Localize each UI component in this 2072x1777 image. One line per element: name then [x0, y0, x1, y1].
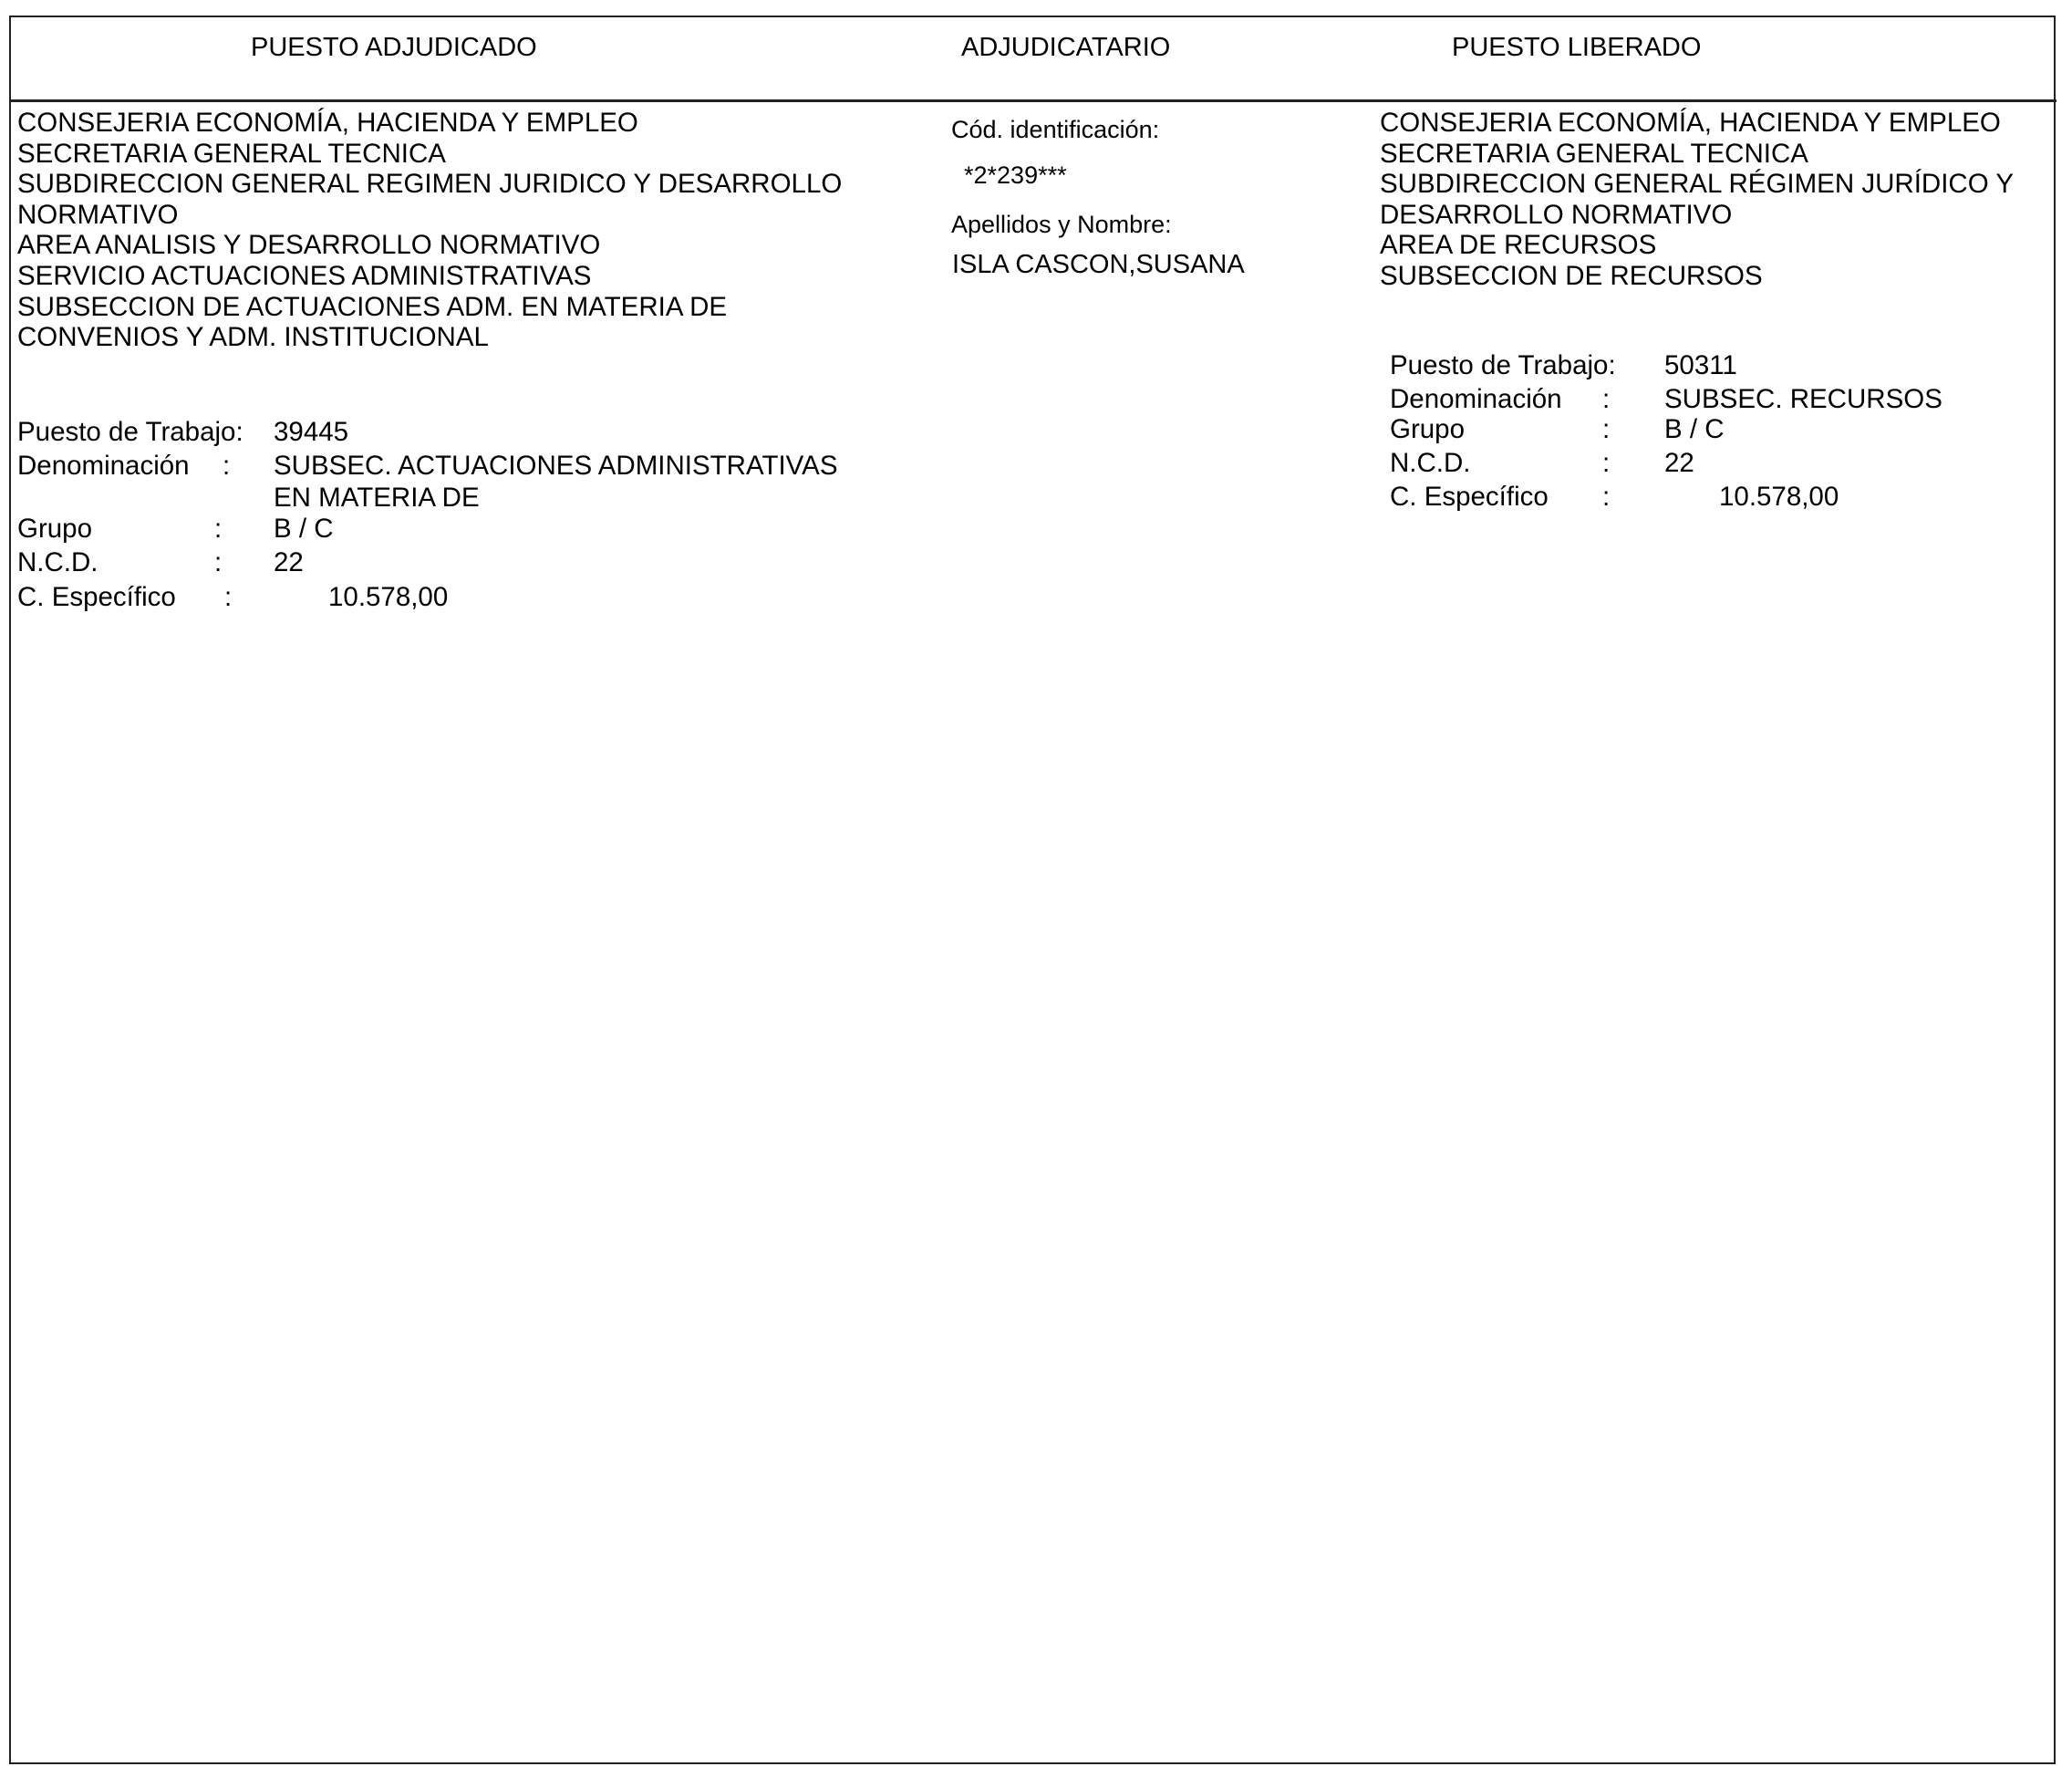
colon: : [1602, 483, 1610, 512]
header-divider [9, 99, 2056, 102]
colon: : [223, 452, 230, 481]
ncd-value: 22 [1664, 449, 1694, 478]
especifico-label: C. Específico [17, 583, 176, 612]
ncd-label: N.C.D. [17, 548, 98, 577]
adjudicado-org-block: CONSEJERIA ECONOMÍA, HACIENDA Y EMPLEO S… [17, 108, 842, 353]
denominacion-label: Denominación [1390, 385, 1562, 414]
apellidos-nombre-value: ISLA CASCON,SUSANA [952, 250, 1245, 280]
denominacion-value-cont: EN MATERIA DE [274, 483, 480, 513]
org-line: SECRETARIA GENERAL TECNICA [1380, 139, 2014, 170]
denominacion-value: SUBSEC. ACTUACIONES ADMINISTRATIVAS [274, 452, 838, 481]
org-line: SERVICIO ACTUACIONES ADMINISTRATIVAS [17, 261, 842, 292]
colon: : [1602, 449, 1610, 478]
org-line: CONSEJERIA ECONOMÍA, HACIENDA Y EMPLEO [1380, 108, 2014, 139]
org-line: SUBDIRECCION GENERAL RÉGIMEN JURÍDICO Y [1380, 169, 2014, 200]
especifico-label: C. Específico [1390, 483, 1549, 512]
puesto-value: 39445 [274, 418, 348, 447]
puesto-label: Puesto de Trabajo: [17, 418, 243, 447]
cod-identificacion-label: Cód. identificación: [951, 116, 1159, 144]
grupo-value: B / C [1664, 415, 1725, 444]
liberado-org-block: CONSEJERIA ECONOMÍA, HACIENDA Y EMPLEO S… [1380, 108, 2014, 292]
puesto-value: 50311 [1664, 351, 1737, 380]
header-puesto-adjudicado: PUESTO ADJUDICADO [251, 33, 537, 62]
org-line: SUBSECCION DE ACTUACIONES ADM. EN MATERI… [17, 292, 842, 323]
header-adjudicatario: ADJUDICATARIO [961, 33, 1170, 62]
colon: : [1602, 385, 1610, 414]
ncd-label: N.C.D. [1390, 449, 1471, 478]
denominacion-value: SUBSEC. RECURSOS [1664, 385, 1942, 414]
header-puesto-liberado: PUESTO LIBERADO [1452, 33, 1701, 62]
colon: : [1602, 415, 1610, 444]
colon: : [224, 583, 232, 612]
org-line: CONSEJERIA ECONOMÍA, HACIENDA Y EMPLEO [17, 108, 842, 139]
especifico-value: 10.578,00 [328, 583, 448, 612]
colon: : [214, 514, 222, 544]
puesto-label: Puesto de Trabajo: [1390, 351, 1616, 380]
org-line: CONVENIOS Y ADM. INSTITUCIONAL [17, 322, 842, 353]
colon: : [214, 548, 222, 577]
org-line: SECRETARIA GENERAL TECNICA [17, 139, 842, 170]
org-line: NORMATIVO [17, 200, 842, 231]
grupo-label: Grupo [17, 514, 92, 544]
org-line: DESARROLLO NORMATIVO [1380, 200, 2014, 231]
denominacion-label: Denominación [17, 452, 190, 481]
org-line: AREA ANALISIS Y DESARROLLO NORMATIVO [17, 230, 842, 261]
cod-identificacion-value: *2*239*** [964, 161, 1067, 190]
grupo-label: Grupo [1390, 415, 1465, 444]
grupo-value: B / C [274, 514, 334, 544]
ncd-value: 22 [274, 548, 304, 577]
org-line: SUBDIRECCION GENERAL REGIMEN JURIDICO Y … [17, 169, 842, 200]
especifico-value: 10.578,00 [1719, 483, 1839, 512]
apellidos-nombre-label: Apellidos y Nombre: [951, 211, 1172, 239]
org-line: AREA DE RECURSOS [1380, 230, 2014, 261]
org-line: SUBSECCION DE RECURSOS [1380, 261, 2014, 292]
